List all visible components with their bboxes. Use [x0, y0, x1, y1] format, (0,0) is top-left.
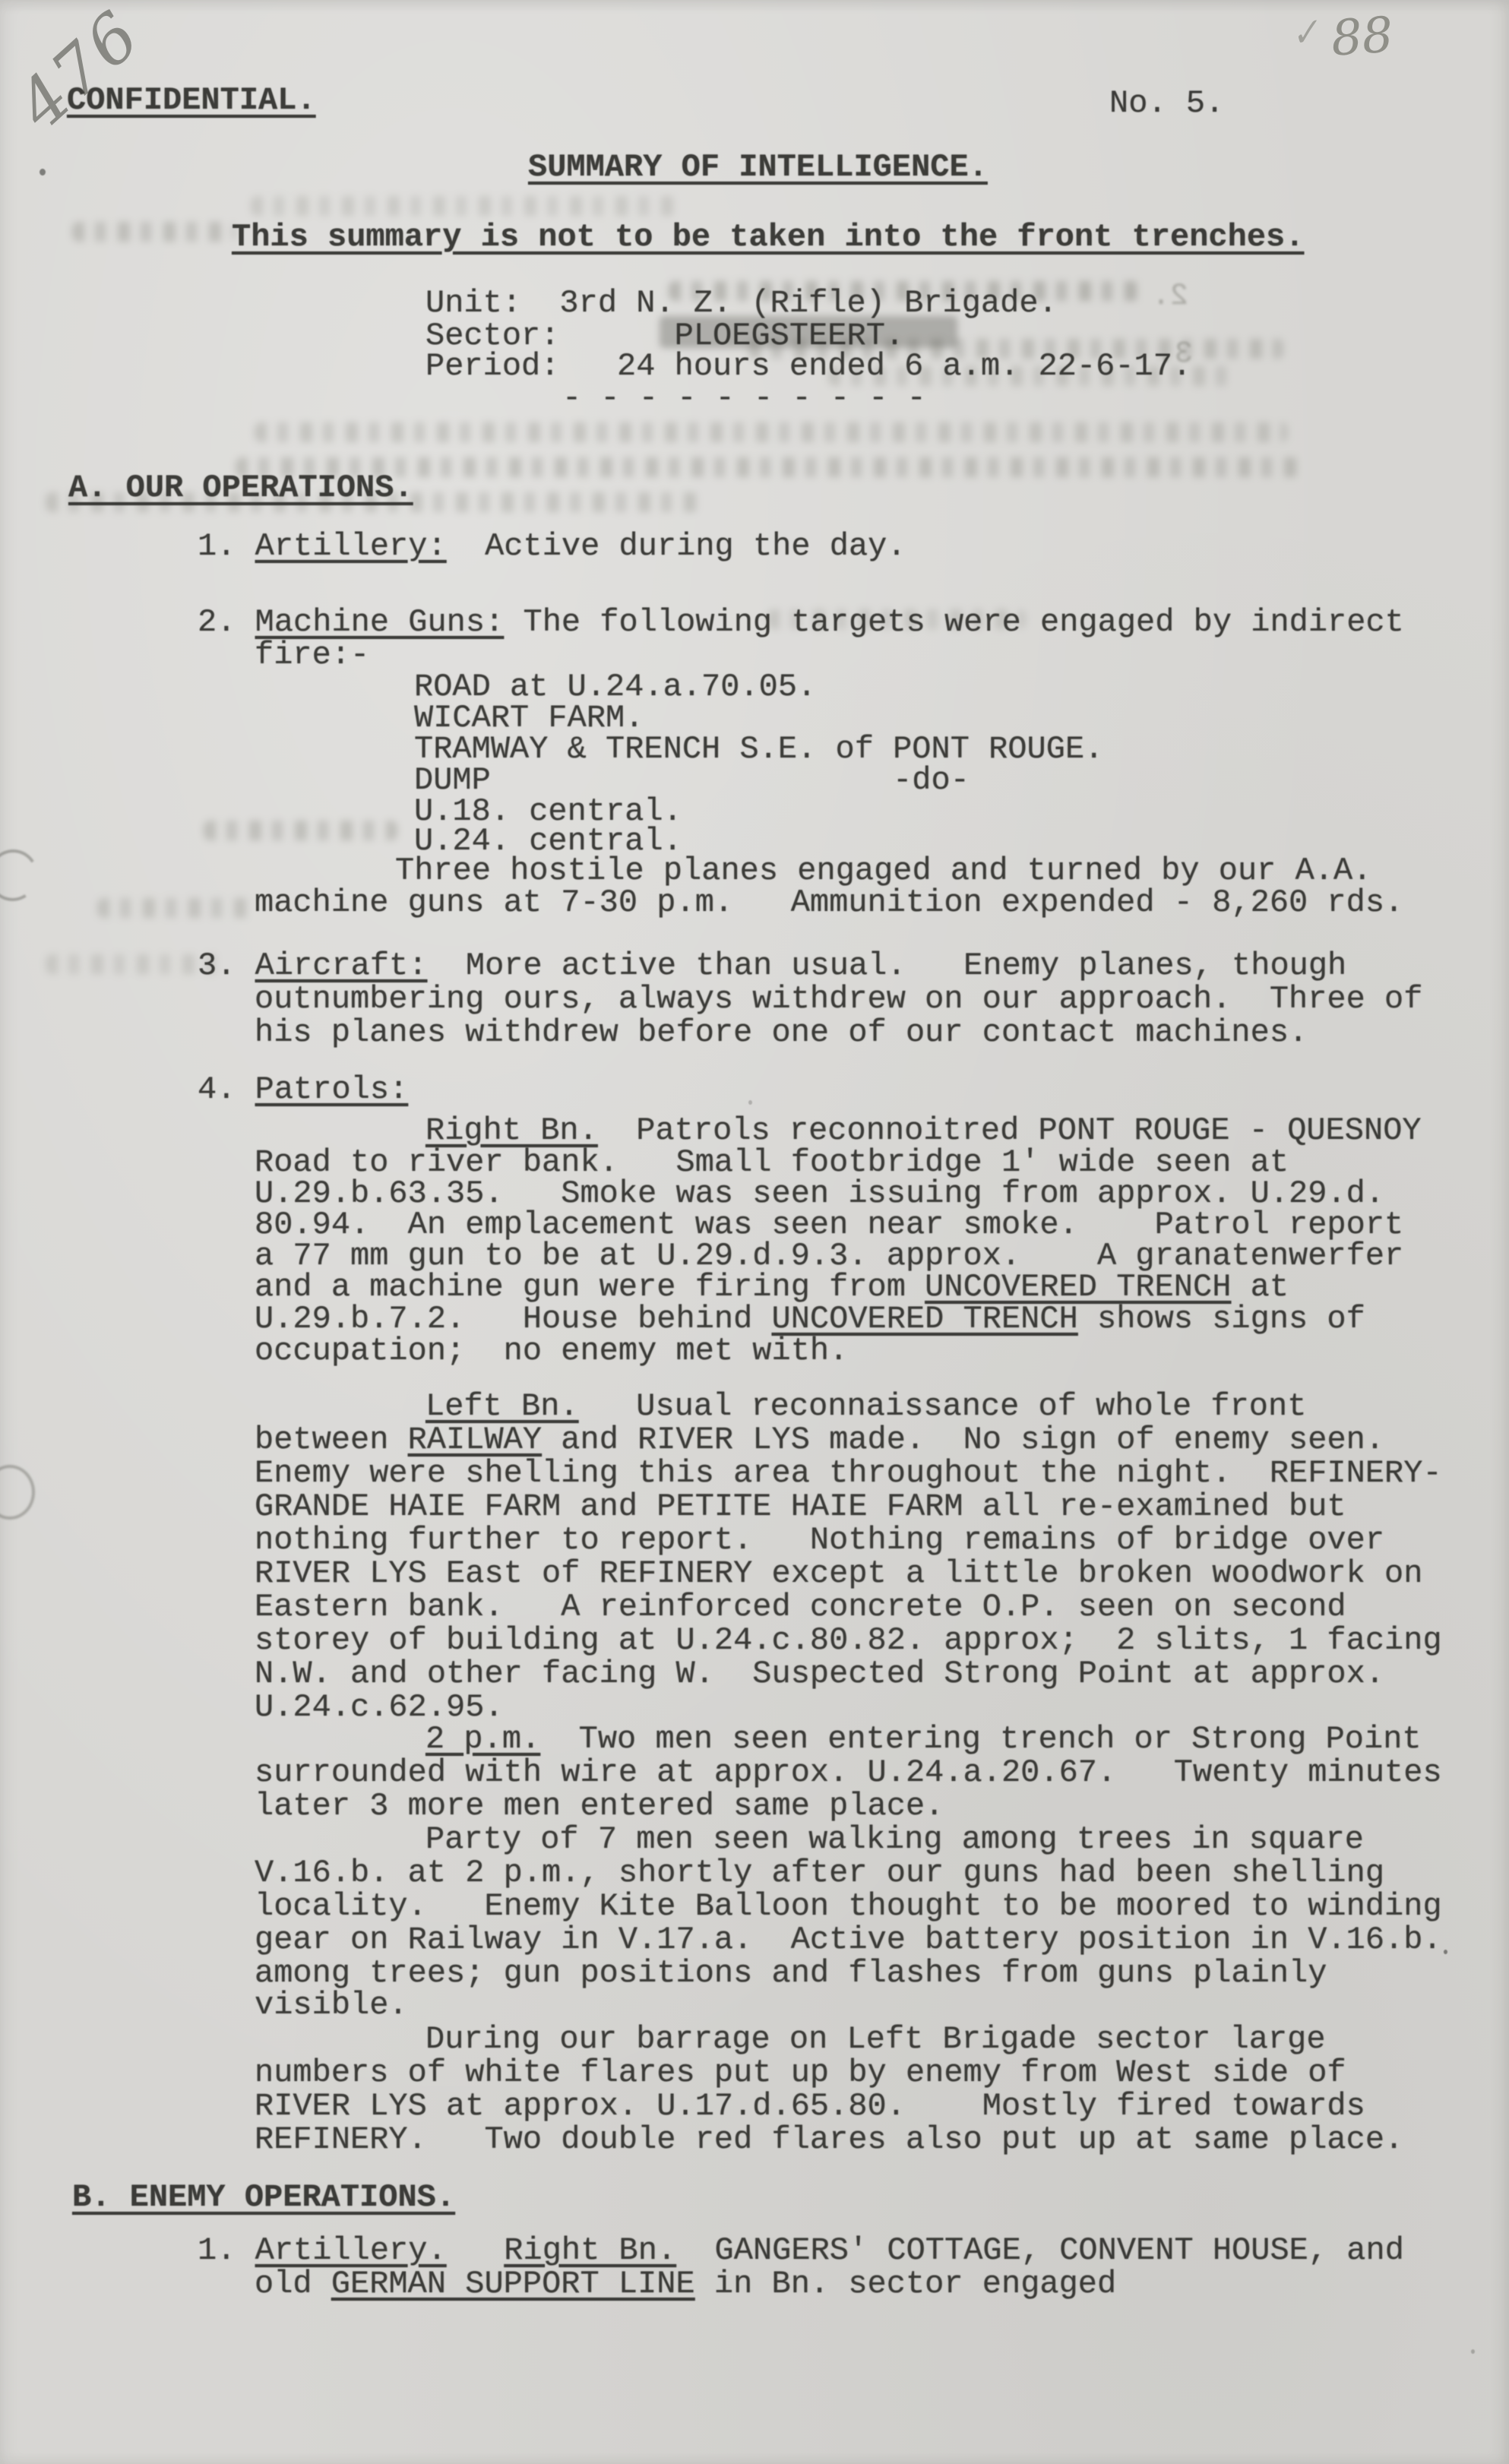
item-number: 2.: [198, 604, 255, 641]
aa-guns-line1: Three hostile planes engaged and turned …: [395, 852, 1371, 889]
line-text: U.29.b.7.2. House behind: [255, 1301, 772, 1337]
section-a-heading-text: A. OUR OPERATIONS.: [68, 470, 413, 506]
item-label: Artillery.: [255, 2232, 447, 2269]
obs-barrage-line2: numbers of white flares put up by enemy …: [255, 2054, 1346, 2091]
left-bn-line2: between RAILWAY and RIVER LYS made. No s…: [255, 1422, 1384, 1458]
section-b-heading: B. ENEMY OPERATIONS.: [72, 2179, 455, 2216]
line-text: Two men seen entering trench or Strong P…: [540, 1721, 1421, 1757]
item-artillery: 1. Artillery: Active during the day.: [198, 528, 906, 565]
line-text: and a machine gun were firing from: [255, 1269, 925, 1305]
left-bn-text: Usual reconnaissance of whole front: [579, 1388, 1307, 1425]
document-title-text: SUMMARY OF INTELLIGENCE.: [528, 149, 988, 185]
line-text: between: [255, 1422, 408, 1458]
line-text: old: [255, 2266, 331, 2302]
obs-party-line2: V.16.b. at 2 p.m., shortly after our gun…: [255, 1855, 1384, 1891]
left-bn-line6: RIVER LYS East of REFINERY except a litt…: [255, 1555, 1422, 1592]
left-bn-line4: GRANDE HAIE FARM and PETITE HAIE FARM al…: [255, 1488, 1346, 1525]
item-number: 1.: [198, 2232, 255, 2269]
obs-party-line6: visible.: [255, 1987, 408, 2023]
obs-2pm-line1: 2 p.m. Two men seen entering trench or S…: [425, 1721, 1422, 1757]
spacer: [447, 2232, 505, 2269]
item-text: Active during the day.: [447, 528, 906, 565]
item-machine-guns-line2: fire:-: [255, 637, 369, 673]
left-bn-line5: nothing further to report. Nothing remai…: [255, 1522, 1384, 1558]
item-machine-guns: 2. Machine Guns: The following targets w…: [198, 604, 1404, 641]
obs-party-line5: among trees; gun positions and flashes f…: [255, 1955, 1327, 1991]
left-bn-line1: Left Bn. Usual reconnaissance of whole f…: [425, 1388, 1306, 1425]
right-bn-line7: U.29.b.7.2. House behind UNCOVERED TRENC…: [255, 1301, 1365, 1337]
obs-barrage-line3: RIVER LYS at approx. U.17.d.65.80. Mostl…: [255, 2088, 1365, 2124]
item-label: Patrols:: [255, 1071, 409, 1108]
item-patrols: 4. Patrols:: [198, 1071, 408, 1108]
left-bn-line10: U.24.c.62.95.: [255, 1689, 504, 1725]
item-aircraft-line2: outnumbering ours, always withdrew on ou…: [255, 981, 1422, 1017]
item-label: Machine Guns:: [255, 604, 505, 641]
item-text: More active than usual. Enemy planes, th…: [427, 947, 1346, 984]
item-label: Aircraft:: [255, 947, 428, 984]
item-b-artillery: 1. Artillery. Right Bn. GANGERS' COTTAGE…: [198, 2232, 1404, 2269]
item-text: GANGERS' COTTAGE, CONVENT HOUSE, and: [676, 2232, 1404, 2269]
obs-barrage-line1: During our barrage on Left Brigade secto…: [425, 2021, 1326, 2058]
document-title: SUMMARY OF INTELLIGENCE.: [528, 149, 988, 185]
item-b-artillery-line2: old GERMAN SUPPORT LINE in Bn. sector en…: [255, 2266, 1116, 2302]
obs-2pm-line3: later 3 more men entered same place.: [255, 1788, 944, 1824]
document-page: 2. 3. 476 88 ✓ CONFIDENTIAL. No. 5. SUMM…: [0, 0, 1509, 2464]
place-name: UNCOVERED TRENCH: [772, 1301, 1078, 1337]
line-text: at: [1231, 1269, 1289, 1305]
typed-text-layer: CONFIDENTIAL. No. 5. SUMMARY OF INTELLIG…: [0, 0, 1509, 2464]
right-bn-line1: Right Bn. Patrols reconnoitred PONT ROUG…: [425, 1112, 1422, 1149]
line-text: and RIVER LYS made. No sign of enemy see…: [542, 1422, 1384, 1458]
item-label: Artillery:: [255, 528, 447, 565]
handling-warning-text: This summary is not to be taken into the…: [232, 219, 1304, 255]
left-bn-line7: Eastern bank. A reinforced concrete O.P.…: [255, 1589, 1346, 1625]
left-bn-line9: N.W. and other facing W. Suspected Stron…: [255, 1656, 1384, 1692]
right-bn-line6: and a machine gun were firing from UNCOV…: [255, 1269, 1289, 1305]
meta-unit-line: Unit: 3rd N. Z. (Rifle) Brigade.: [425, 285, 1058, 321]
right-bn-label: Right Bn.: [504, 2232, 676, 2269]
obs-2pm-line2: surrounded with wire at approx. U.24.a.2…: [255, 1754, 1442, 1791]
obs-party-line4: gear on Railway in V.17.a. Active batter…: [255, 1922, 1442, 1958]
left-bn-line8: storey of building at U.24.c.80.82. appr…: [255, 1622, 1442, 1659]
right-bn-text: Patrols reconnoitred PONT ROUGE - QUESNO…: [598, 1112, 1422, 1149]
place-name: RAILWAY: [408, 1422, 542, 1458]
section-a-heading: A. OUR OPERATIONS.: [68, 470, 413, 506]
obs-party-line1: Party of 7 men seen walking among trees …: [425, 1821, 1364, 1858]
handling-warning: This summary is not to be taken into the…: [232, 219, 1304, 255]
classification-marking: CONFIDENTIAL.: [67, 82, 316, 119]
line-text: in Bn. sector engaged: [695, 2266, 1117, 2302]
document-number: No. 5.: [1109, 85, 1224, 122]
dashed-divider: - - - - - - - - - -: [562, 380, 926, 416]
aa-guns-line2: machine guns at 7-30 p.m. Ammunition exp…: [255, 884, 1403, 921]
item-aircraft-line3: his planes withdrew before one of our co…: [255, 1014, 1308, 1051]
right-bn-label: Right Bn.: [425, 1112, 598, 1149]
left-bn-line3: Enemy were shelling this area throughout…: [255, 1455, 1442, 1491]
item-number: 4.: [198, 1071, 255, 1108]
place-name: GERMAN SUPPORT LINE: [331, 2266, 695, 2302]
section-b-heading-text: B. ENEMY OPERATIONS.: [72, 2179, 455, 2216]
time-label: 2 p.m.: [425, 1721, 540, 1757]
item-aircraft: 3. Aircraft: More active than usual. Ene…: [198, 947, 1346, 984]
obs-barrage-line4: REFINERY. Two double red flares also put…: [255, 2121, 1403, 2158]
left-bn-label: Left Bn.: [425, 1388, 579, 1425]
right-bn-line8: occupation; no enemy met with.: [255, 1333, 848, 1369]
place-name: UNCOVERED TRENCH: [925, 1269, 1231, 1305]
item-text: The following targets were engaged by in…: [504, 604, 1404, 641]
line-text: shows signs of: [1078, 1301, 1365, 1337]
item-number: 1.: [198, 528, 255, 565]
item-number: 3.: [198, 947, 255, 984]
obs-party-line3: locality. Enemy Kite Balloon thought to …: [255, 1888, 1442, 1925]
meta-period-line: Period: 24 hours ended 6 a.m. 22-6-17.: [425, 348, 1191, 384]
classification-text: CONFIDENTIAL.: [67, 82, 316, 119]
